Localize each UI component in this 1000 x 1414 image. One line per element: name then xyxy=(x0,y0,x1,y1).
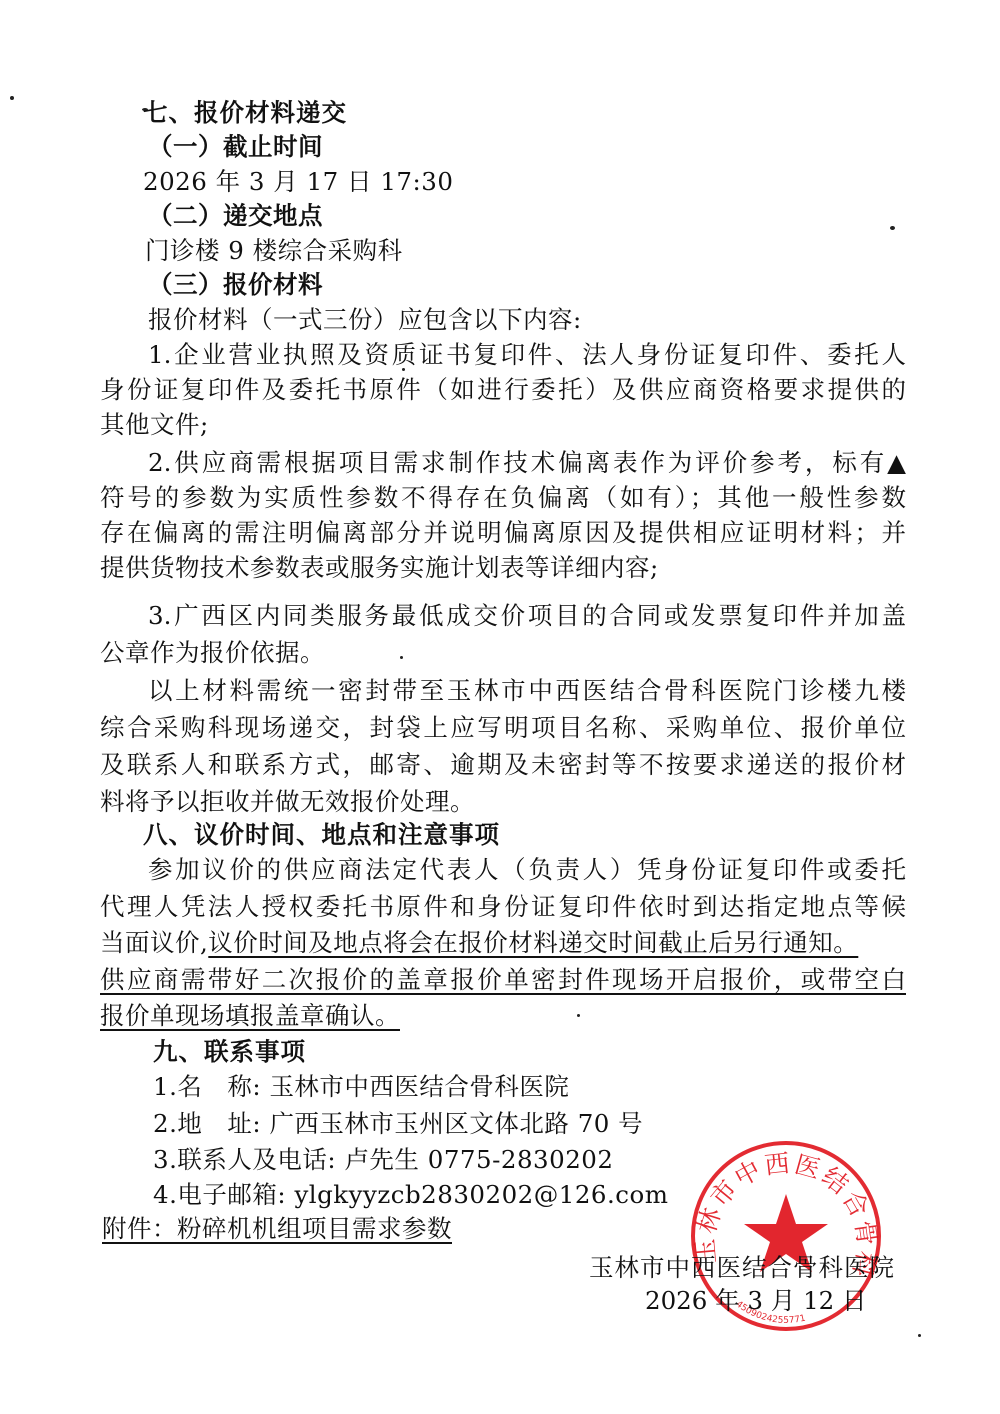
section8-title: 八、议价时间、地点和注意事项 xyxy=(143,818,500,852)
item2-line: 2.供应商需根据项目需求制作技术偏离表作为评价参考，标有▲ xyxy=(148,446,906,480)
section7-title: 七、报价材料递交 xyxy=(143,96,347,130)
signature-date: 2026 年 3 月 12 日 xyxy=(645,1284,867,1318)
signature-organization: 玉林市中西医结合骨科医院 xyxy=(589,1251,895,1285)
location-value: 门诊楼 9 楼综合采购科 xyxy=(145,234,403,268)
seal-line: 综合采购科现场递交，封袋上应写明项目名称、采购单位、报价单位 xyxy=(100,711,906,745)
deadline-value: 2026 年 3 月 17 日 17:30 xyxy=(143,165,453,199)
item3-line: 公章作为报价依据。 xyxy=(100,636,325,670)
underlined-notice: 报价单现场填报盖章确认。 xyxy=(100,999,400,1033)
item2-line: 存在偏离的需注明偏离部分并说明偏离原因及提供相应证明材料；并 xyxy=(100,516,906,550)
section8-line: 代理人凭法人授权委托书原件和身份证复印件依时到达指定地点等候 xyxy=(100,890,906,924)
contact-email-row: 4.电子邮箱: ylgkyyzcb2830202@126.com xyxy=(153,1178,669,1212)
contact-phone-row: 3.联系人及电话: 卢先生 0775-2830202 xyxy=(153,1143,613,1177)
address-value: 广西玉林市玉州区文体北路 70 号 xyxy=(269,1109,643,1138)
underlined-notice: 议价时间及地点将会在报价材料递交时间截止后另行通知。 xyxy=(208,928,858,957)
email-label: 4.电子邮箱: xyxy=(153,1180,286,1209)
scan-speck xyxy=(400,656,403,659)
document-page: 七、报价材料递交 （一）截止时间 2026 年 3 月 17 日 17:30 （… xyxy=(0,0,1000,1414)
item2-line: 提供货物技术参数表或服务实施计划表等详细内容; xyxy=(100,551,659,585)
email-value: ylgkyyzcb2830202@126.com xyxy=(294,1180,668,1209)
attachment-note: 附件：粉碎机机组项目需求参数 xyxy=(102,1212,452,1246)
contact-name-row: 1.名 称: 玉林市中西医结合骨科医院 xyxy=(153,1070,569,1104)
section8-line: 参加议价的供应商法定代表人（负责人）凭身份证复印件或委托 xyxy=(148,853,906,887)
contact-address-row: 2.地 址: 广西玉林市玉州区文体北路 70 号 xyxy=(153,1107,643,1141)
scan-speck xyxy=(890,226,895,230)
seal-line: 以上材料需统一密封带至玉林市中西医结合骨科医院门诊楼九楼 xyxy=(148,674,906,708)
section8-line: 当面议价,议价时间及地点将会在报价材料递交时间截止后另行通知。 xyxy=(100,926,858,960)
address-label: 2.地 址: xyxy=(153,1109,261,1138)
item2-line: 符号的参数为实质性参数不得存在负偏离（如有）；其他一般性参数 xyxy=(100,481,906,515)
name-label: 1.名 称: xyxy=(153,1072,261,1101)
name-value: 玉林市中西医结合骨科医院 xyxy=(269,1072,569,1101)
contact-value: 卢先生 0775-2830202 xyxy=(344,1145,613,1174)
section8-plain-text: 当面议价, xyxy=(100,928,208,957)
contact-label: 3.联系人及电话: xyxy=(153,1145,336,1174)
scan-speck xyxy=(10,96,14,100)
item1-line: 1.企业营业执照及资质证书复印件、法人身份证复印件、委托人 xyxy=(148,338,906,372)
scan-speck xyxy=(577,1014,580,1017)
seal-line: 料将予以拒收并做无效报价处理。 xyxy=(100,785,475,819)
materials-intro: 报价材料（一式三份）应包含以下内容: xyxy=(148,303,582,337)
deadline-label: （一）截止时间 xyxy=(148,130,323,164)
section9-title: 九、联系事项 xyxy=(153,1035,306,1069)
item1-line: 身份证复印件及委托书原件（如进行委托）及供应商资格要求提供的 xyxy=(100,373,906,407)
seal-line: 及联系人和联系方式，邮寄、逾期及未密封等不按要求递送的报价材 xyxy=(100,748,906,782)
scan-speck xyxy=(918,1334,921,1337)
location-label: （二）递交地点 xyxy=(148,199,323,233)
materials-label: （三）报价材料 xyxy=(148,268,323,302)
item1-line: 其他文件; xyxy=(100,408,209,442)
underlined-notice: 供应商需带好二次报价的盖章报价单密封件现场开启报价，或带空白 xyxy=(100,963,906,997)
item3-line: 3.广西区内同类服务最低成交价项目的合同或发票复印件并加盖 xyxy=(148,599,906,633)
